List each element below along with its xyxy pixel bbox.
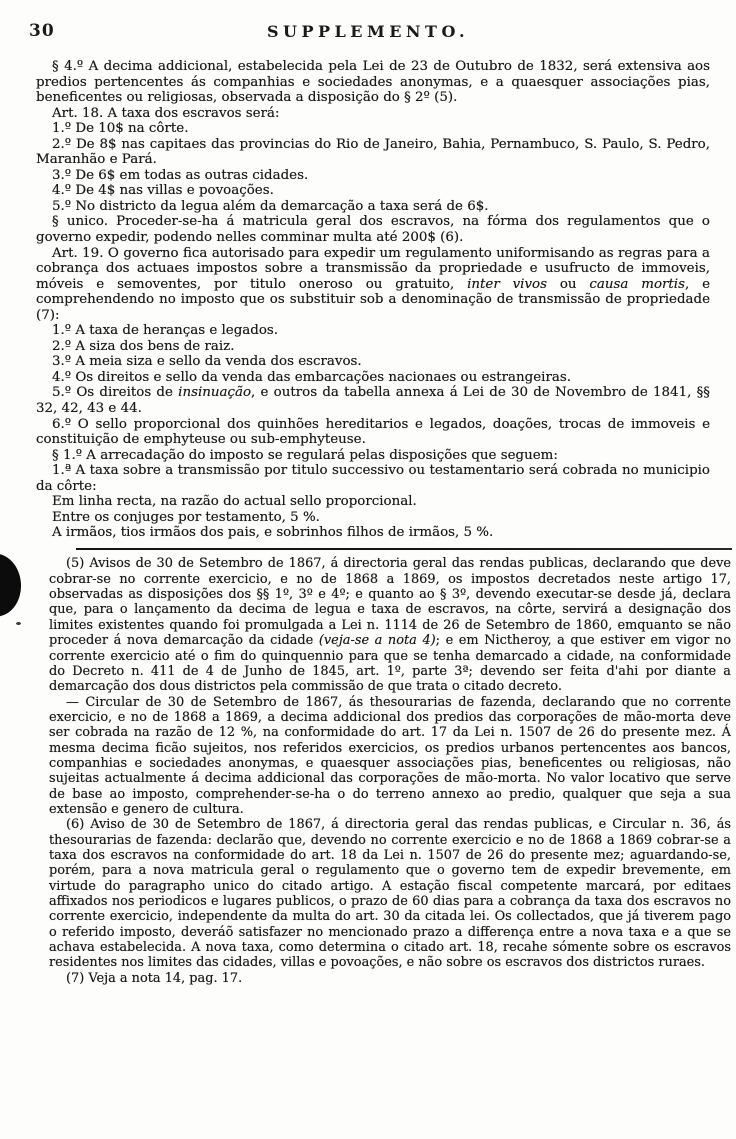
paragraph-linha-recta: Em linha recta, na razão do actual sello… bbox=[36, 494, 710, 510]
footnote-6: (6) Aviso de 30 de Setembro de 1867, á d… bbox=[49, 817, 731, 970]
paragraph-section-1: § 1.º A arrecadação do imposto se regula… bbox=[36, 448, 710, 464]
page-header: 30 SUPPLEMENTO. bbox=[0, 0, 736, 48]
scanned-document-page: 30 SUPPLEMENTO. § 4.º A decima addiciona… bbox=[0, 0, 736, 1139]
list-item-3: 3.º De 6$ em todas as outras cidades. bbox=[36, 168, 710, 184]
ink-speck bbox=[16, 622, 21, 625]
list-item-4: 4.º De 4$ nas villas e povoações. bbox=[36, 183, 710, 199]
footnote-5: (5) Avisos de 30 de Setembro de 1867, á … bbox=[49, 556, 731, 694]
italic-run: (veja-se a nota 4) bbox=[319, 633, 436, 648]
footnotes-block: (5) Avisos de 30 de Setembro de 1867, á … bbox=[49, 556, 731, 986]
list-item-6b: 6.º O sello proporcional dos quinhões he… bbox=[36, 417, 710, 448]
list-item-3b: 3.º A meia siza e sello da venda dos esc… bbox=[36, 354, 710, 370]
list-item-4b: 4.º Os direitos e sello da venda das emb… bbox=[36, 370, 710, 386]
list-item-2b: 2.º A siza dos bens de raiz. bbox=[36, 339, 710, 355]
italic-run: inter vivos bbox=[467, 277, 547, 292]
list-item-1: 1.º De 10$ na côrte. bbox=[36, 121, 710, 137]
paragraph-unico: § unico. Proceder-se-ha á matricula gera… bbox=[36, 214, 710, 245]
paragraph-section-4: § 4.º A decima addicional, estabelecida … bbox=[36, 59, 710, 106]
list-item-2: 2.º De 8$ nas capitaes das provincias do… bbox=[36, 137, 710, 168]
paragraph-art-18: Art. 18. A taxa dos escravos será: bbox=[36, 106, 710, 122]
main-text-block: § 4.º A decima addicional, estabelecida … bbox=[36, 59, 710, 541]
list-item-5: 5.º No districto da legua além da demarc… bbox=[36, 199, 710, 215]
footnote-separator-rule bbox=[76, 548, 732, 551]
list-item-1b: 1.º A taxa de heranças e legados. bbox=[36, 323, 710, 339]
text-run: 5.º Os direitos de bbox=[52, 385, 178, 400]
ink-blot bbox=[0, 552, 23, 616]
footnote-7: (7) Veja a nota 14, pag. 17. bbox=[49, 971, 731, 986]
italic-run: insinuação bbox=[178, 385, 251, 400]
paragraph-art-19: Art. 19. O governo fica autorisado para … bbox=[36, 246, 710, 324]
text-run: ou bbox=[547, 277, 589, 292]
italic-run: causa mortis bbox=[589, 277, 685, 292]
page-title: SUPPLEMENTO. bbox=[0, 22, 736, 41]
page-number: 30 bbox=[29, 21, 55, 41]
paragraph-item-1a: 1.ª A taxa sobre a transmissão por titul… bbox=[36, 463, 710, 494]
paragraph-irmaos: A irmãos, tios irmãos dos pais, e sobrin… bbox=[36, 525, 710, 541]
paragraph-conjuges: Entre os conjuges por testamento, 5 %. bbox=[36, 510, 710, 526]
list-item-5b: 5.º Os direitos de insinuação, e outros … bbox=[36, 385, 710, 416]
footnote-5-circular: — Circular de 30 de Setembro de 1867, ás… bbox=[49, 695, 731, 818]
